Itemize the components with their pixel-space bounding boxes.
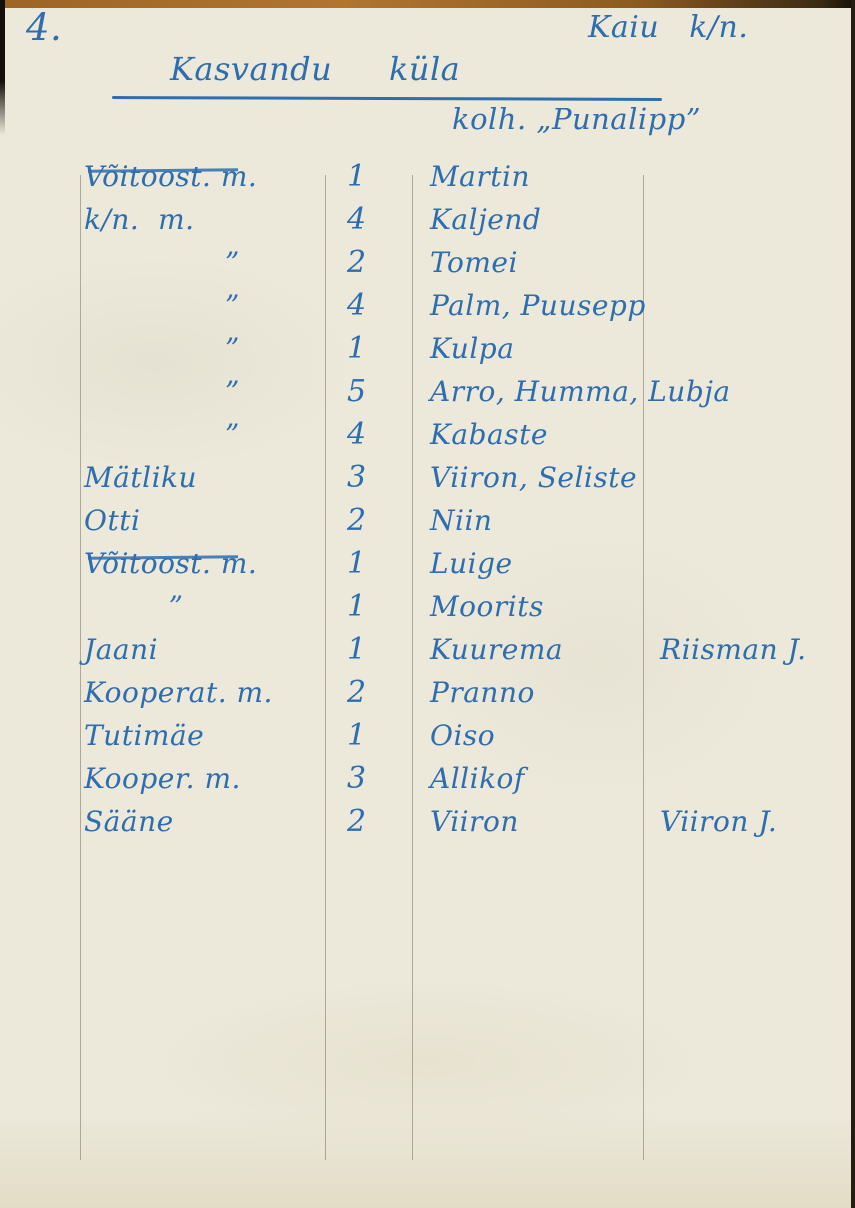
cell-location: Sääne [0,805,335,839]
cell-names: Luige [430,547,660,581]
cell-location: k/n. m. [0,203,335,237]
table-row: Võitoost. m. 1 Martin [0,160,851,203]
cell-location: Kooperat. m. [0,676,335,710]
scan-edge-left [0,0,5,135]
cell-count: 4 [335,418,430,452]
table-row: ” 1 Moorits [0,590,851,633]
cell-location: ” [0,246,335,280]
cell-location: Otti [0,504,335,538]
table-row: Otti 2 Niin [0,504,851,547]
cell-names: Moorits [430,590,660,624]
table-row: Mätliku 3 Viiron, Seliste [0,461,851,504]
table-row: ” 1 Kulpa [0,332,851,375]
cell-names: Arro, Humma, Lubja [430,375,660,409]
cell-count: 1 [335,547,430,581]
cell-location: Tutimäe [0,719,335,753]
cell-count: 1 [335,332,430,366]
table-row: ” 4 Kabaste [0,418,851,461]
cell-location: ” [0,375,335,409]
cell-names: Kulpa [430,332,660,366]
cell-names: Kabaste [430,418,660,452]
table-row: Kooper. m. 3 Allikof [0,762,851,805]
cell-location: Mätliku [0,461,335,495]
cell-names: Pranno [430,676,660,710]
table-row: k/n. m. 4 Kaljend [0,203,851,246]
table-row: ” 5 Arro, Humma, Lubja [0,375,851,418]
cell-location: Võitoost. m. [0,160,335,194]
title-underline [112,96,662,101]
cell-names: Niin [430,504,660,538]
cell-count: 2 [335,676,430,710]
table-rows: Võitoost. m. 1 Martin k/n. m. 4 Kaljend … [0,160,851,848]
cell-count: 1 [335,590,430,624]
cell-names: Oiso [430,719,660,753]
cell-count: 1 [335,160,430,194]
page-title: Kasvandu küla [170,50,460,88]
cell-extra: Riisman J. [660,633,851,667]
cell-count: 3 [335,461,430,495]
scan-edge-top [0,0,855,8]
cell-names: Tomei [430,246,660,280]
kolhoos-name: kolh. „Punalipp” [452,102,701,136]
cell-location: Võitoost. m. [0,547,335,581]
table-row: ” 2 Tomei [0,246,851,289]
scanned-page: 4. Kaiu k/n. Kasvandu küla kolh. „Punali… [0,0,855,1208]
cell-location: Kooper. m. [0,762,335,796]
table-row: Võitoost. m. 1 Luige [0,547,851,590]
cell-names: Viiron [430,805,660,839]
cell-names: Martin [430,160,660,194]
cell-count: 1 [335,633,430,667]
cell-location: Jaani [0,633,335,667]
cell-location: ” [0,332,335,366]
cell-count: 5 [335,375,430,409]
cell-count: 2 [335,805,430,839]
table-row: Sääne 2 Viiron Viiron J. [0,805,851,848]
table-row: Tutimäe 1 Oiso [0,719,851,762]
table-row: ” 4 Palm, Puusepp [0,289,851,332]
cell-names: Kuurema [430,633,660,667]
cell-count: 2 [335,504,430,538]
cell-location: ” [0,289,335,323]
table-row: Jaani 1 Kuurema Riisman J. [0,633,851,676]
cell-names: Allikof [430,762,660,796]
cell-count: 3 [335,762,430,796]
cell-extra: Viiron J. [660,805,851,839]
table-row: Kooperat. m. 2 Pranno [0,676,851,719]
cell-location: ” [0,418,335,452]
cell-count: 2 [335,246,430,280]
cell-location: ” [0,590,335,624]
cell-names: Kaljend [430,203,660,237]
cell-count: 4 [335,203,430,237]
cell-count: 4 [335,289,430,323]
cell-names: Palm, Puusepp [430,289,660,323]
header-region: Kaiu k/n. [588,10,748,45]
scan-edge-right [851,0,855,1208]
cell-names: Viiron, Seliste [430,461,660,495]
page-number: 4. [26,6,62,49]
cell-count: 1 [335,719,430,753]
